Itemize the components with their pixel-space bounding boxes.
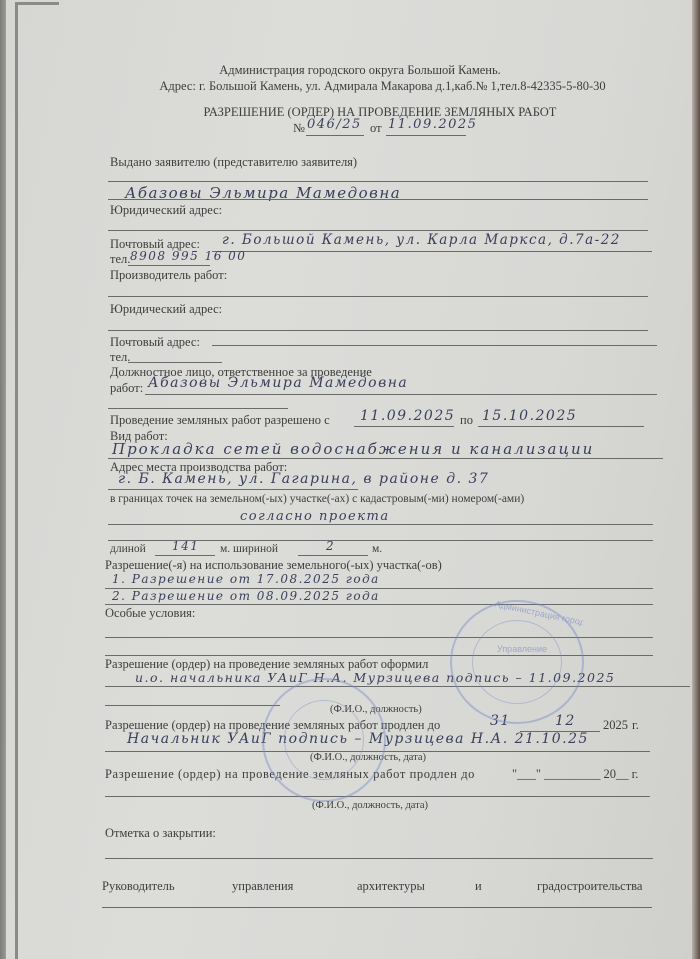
land-permit-1: 1. Разрешение от 17.08.2025 года — [112, 572, 380, 586]
period-label: Проведение земляных работ разрешено с — [110, 413, 330, 428]
responsible-label-2: работ: — [110, 381, 143, 396]
date-label: от — [370, 121, 382, 136]
contractor-legal-address-label: Юридический адрес: — [110, 302, 222, 317]
paper-edge-right — [692, 0, 700, 959]
length-unit: м. шириной — [220, 543, 278, 555]
period-to-label: по — [460, 413, 473, 428]
official-stamp: Администрация городского округа Большой … — [450, 600, 584, 724]
footer-word-2: управления — [232, 879, 293, 894]
applicant-label: Выдано заявителю (представителю заявител… — [110, 155, 357, 170]
closing-label: Отметка о закрытии: — [105, 826, 216, 841]
extension-1-year-suffix: г. — [632, 718, 639, 733]
org-address: Адрес: г. Большой Камень, ул. Адмирала М… — [0, 79, 700, 94]
footer-word-5: градостроительства — [537, 879, 642, 894]
applicant-phone: 8908 995 16 00 — [130, 249, 246, 263]
frame-bracket — [15, 2, 18, 959]
period-from: 11.09.2025 — [360, 408, 455, 424]
stamp-center-text: Управление — [497, 644, 547, 654]
responsible-person: Абазовы Эльмира Мамедовна — [148, 375, 408, 391]
width-unit: м. — [372, 543, 382, 555]
special-conditions-label: Особые условия: — [105, 606, 195, 621]
land-permit-2: 2. Разрешение от 08.09.2025 года — [112, 589, 380, 603]
bounds-value: согласно проекта — [240, 509, 390, 524]
period-to: 15.10.2025 — [482, 408, 577, 424]
width-value: 2 — [326, 539, 335, 553]
contractor-postal-address-label: Почтовый адрес: — [110, 335, 200, 350]
length-label: длиной — [110, 543, 146, 555]
permit-number: 046/25 — [307, 117, 362, 132]
footer-word-3: архитектуры — [357, 879, 425, 894]
applicant-postal-address: г. Большой Камень, ул. Карла Маркса, д.7… — [222, 232, 621, 248]
footer-word-4: и — [475, 879, 482, 894]
contractor-label: Производитель работ: — [110, 268, 227, 283]
extension-2-blank: "___" _________ 20__ г. — [512, 767, 638, 782]
official-stamp-2 — [262, 678, 386, 802]
permit-date: 11.09.2025 — [388, 117, 477, 132]
number-label: № — [293, 121, 305, 136]
site-address: г. Б. Камень, ул. Гагарина, в районе д. … — [118, 471, 489, 487]
bounds-label: в границах точек на земельном(-ых) участ… — [110, 493, 524, 505]
length-value: 141 — [172, 539, 199, 553]
footer-word-1: Руководитель — [102, 879, 175, 894]
extension-1-year: 2025 — [603, 718, 628, 733]
paper-edge-left — [0, 0, 6, 959]
work-type: Прокладка сетей водоснабжения и канализа… — [112, 440, 594, 458]
frame-bracket-top — [15, 2, 59, 5]
applicant-legal-address-label: Юридический адрес: — [110, 203, 222, 218]
extension-1-month: 12 — [555, 713, 576, 729]
org-name: Администрация городского округа Большой … — [0, 63, 700, 78]
land-permits-label: Разрешение(-я) на использование земельно… — [105, 558, 442, 573]
